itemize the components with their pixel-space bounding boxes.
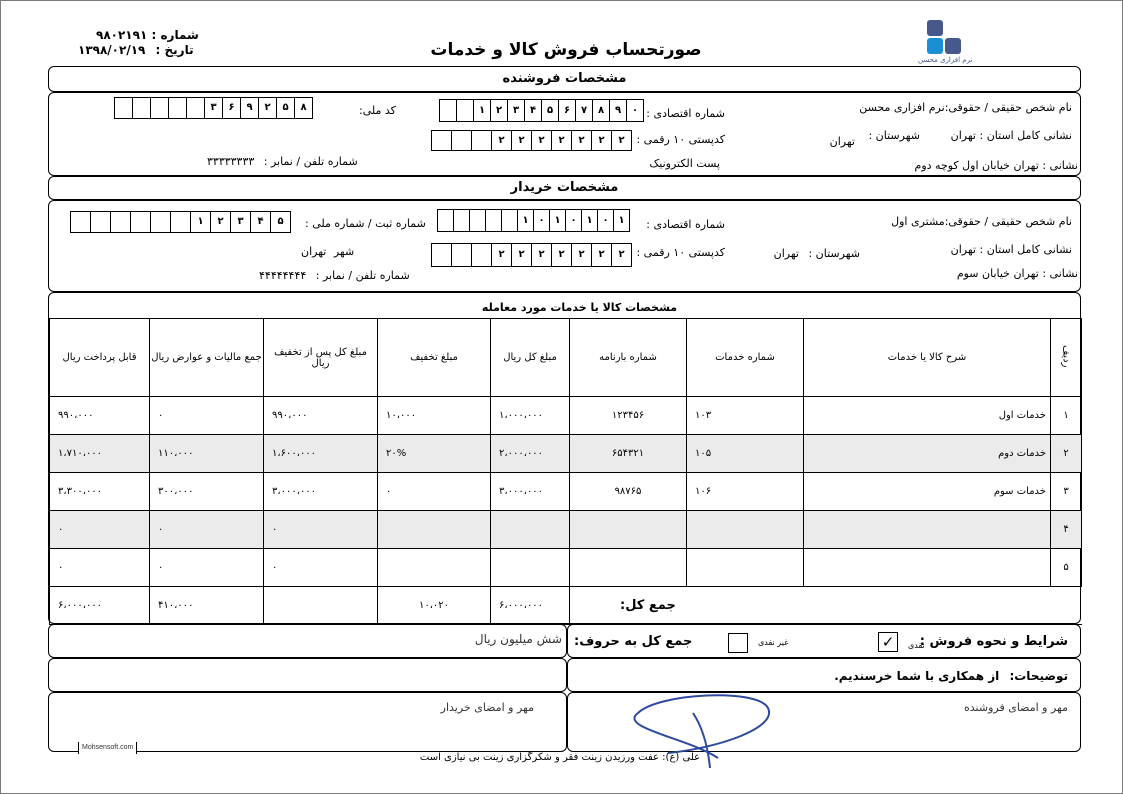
digit-cell: ۲ xyxy=(551,243,572,267)
logo-caption: نرم افزاری محسن xyxy=(918,56,972,64)
buyer-name: نام شخص حقیقی / حقوقی:مشتری اول xyxy=(891,215,1072,228)
logo-square-top xyxy=(927,20,943,36)
seller-phone-label: شماره تلفن / نمابر : xyxy=(264,155,358,168)
sale-terms-label: شرایط و نحوه فروش : xyxy=(920,634,1068,649)
notes: توضیحات: از همکاری با شما خرسندیم. xyxy=(834,669,1068,683)
digit-cell: ۱ xyxy=(190,211,211,233)
digit-cell xyxy=(471,130,492,151)
cell-service-number: ۱۰۵ xyxy=(687,435,804,473)
cell-discount xyxy=(378,549,491,587)
buyer-phone-label: شماره تلفن / نمابر : xyxy=(316,269,410,282)
table-row: ۳ خدمات سوم ۱۰۶ ۹۸۷۶۵ ۳،۰۰۰،۰۰۰ ۰ ۳،۰۰۰،… xyxy=(50,473,1082,511)
totals-after-discount xyxy=(264,587,378,625)
cell-waybill: ۱۲۳۴۵۶ xyxy=(570,397,687,435)
cell-service-number xyxy=(687,511,804,549)
buyer-signature-label: مهر و امضای خریدار xyxy=(441,701,534,714)
seller-email-label: پست الکترونیک xyxy=(649,157,720,170)
digit-cell xyxy=(456,99,474,122)
digit-cell: ۰ xyxy=(533,209,550,232)
buyer-county-value: تهران xyxy=(774,247,799,260)
buyer-address-label: نشانی : xyxy=(1042,267,1078,280)
col-total: مبلغ کل ریال xyxy=(491,319,570,397)
cell-tax: ۰ xyxy=(150,549,264,587)
cell-row: ۵ xyxy=(1051,549,1082,587)
buyer-details: نام شخص حقیقی / حقوقی:مشتری اول شماره اق… xyxy=(48,200,1081,292)
seller-province-value: تهران xyxy=(951,129,976,142)
cell-service-number: ۱۰۳ xyxy=(687,397,804,435)
digit-cell: ۱ xyxy=(581,209,598,232)
total-words-box: شش میلیون ریال xyxy=(48,624,567,658)
digit-cell: ۶ xyxy=(558,99,576,122)
cell-waybill xyxy=(570,511,687,549)
seller-address: نشانی : تهران خیابان اول کوچه دوم xyxy=(915,159,1078,172)
invoice-number-value: ۹۸۰۲۱۹۱ xyxy=(96,28,147,42)
table-row: ۲ خدمات دوم ۱۰۵ ۶۵۴۳۲۱ ۲،۰۰۰،۰۰۰ ۲۰% ۱،۶… xyxy=(50,435,1082,473)
cell-tax: ۱۱۰،۰۰۰ xyxy=(150,435,264,473)
noncash-label: غیر نقدی xyxy=(758,638,788,647)
col-waybill-number: شماره بارنامه xyxy=(570,319,687,397)
footer-quote: علی (ع): عفت ورزیدن زینت فقر و شکرگزاری … xyxy=(410,752,710,763)
buyer-registration-cells: ۱۲۳۴۵ xyxy=(71,211,291,233)
col-payable: قابل پرداخت ریال xyxy=(50,319,150,397)
digit-cell: ۶ xyxy=(222,97,241,119)
totals-label: جمع کل: xyxy=(570,587,1082,625)
table-row: ۴ ۰ ۰ ۰ xyxy=(50,511,1082,549)
cell-discount xyxy=(378,511,491,549)
digit-cell xyxy=(150,211,171,233)
digit-cell: ۰ xyxy=(626,99,644,122)
digit-cell xyxy=(186,97,205,119)
cell-after-discount: ۰ xyxy=(264,511,378,549)
buyer-postal-label: کدپستی ۱۰ رقمی : xyxy=(636,246,725,259)
buyer-name-value: مشتری اول xyxy=(891,215,945,228)
digit-cell xyxy=(453,209,470,232)
digit-cell xyxy=(130,211,151,233)
col-row: ردیف xyxy=(1051,319,1082,397)
table-row: ۵ ۰ ۰ ۰ xyxy=(50,549,1082,587)
col-row-label: ردیف xyxy=(1061,345,1072,367)
buyer-city-value: تهران xyxy=(301,245,326,258)
seller-address-full: نشانی کامل استان : تهران xyxy=(951,129,1072,142)
digit-cell: ۲ xyxy=(571,130,592,151)
buyer-name-label: نام شخص حقیقی / حقوقی: xyxy=(945,215,1072,228)
digit-cell: ۸ xyxy=(294,97,313,119)
seller-economic-cells: ۱۲۳۴۵۶۷۸۹۰ xyxy=(440,99,644,122)
items-section-title: مشخصات کالا یا خدمات مورد معامله xyxy=(49,301,1080,314)
seller-title-bar: مشخصات فروشنده xyxy=(48,66,1081,92)
col-discount: مبلغ تخفیف xyxy=(378,319,491,397)
digit-cell: ۲ xyxy=(571,243,592,267)
digit-cell: ۳ xyxy=(204,97,223,119)
totals-payable: ۶،۰۰۰،۰۰۰ xyxy=(50,587,150,625)
digit-cell: ۲ xyxy=(611,130,632,151)
digit-cell xyxy=(469,209,486,232)
digit-cell: ۰ xyxy=(597,209,614,232)
digit-cell: ۱ xyxy=(473,99,491,122)
buyer-section-title: مشخصات خریدار xyxy=(49,177,1080,199)
digit-cell xyxy=(439,99,457,122)
totals-total: ۶،۰۰۰،۰۰۰ xyxy=(491,587,570,625)
digit-cell: ۱ xyxy=(613,209,630,232)
digit-cell: ۸ xyxy=(592,99,610,122)
cell-after-discount: ۱،۶۰۰،۰۰۰ xyxy=(264,435,378,473)
buyer-address-value: تهران خیابان سوم xyxy=(957,267,1039,280)
cell-row: ۳ xyxy=(1051,473,1082,511)
digit-cell xyxy=(110,211,131,233)
invoice-date-label: تاریخ : xyxy=(156,43,194,57)
digit-cell xyxy=(471,243,492,267)
col-after-discount: مبلغ کل پس از تخفیف ریال xyxy=(264,319,378,397)
digit-cell xyxy=(90,211,111,233)
cell-description xyxy=(804,511,1051,549)
seller-signature-box: مهر و امضای فروشنده xyxy=(567,692,1081,752)
cell-waybill: ۶۵۴۳۲۱ xyxy=(570,435,687,473)
digit-cell xyxy=(132,97,151,119)
seller-postal-cells: ۲۲۲۲۲۲۲ xyxy=(432,130,632,151)
logo-square-right xyxy=(945,38,961,54)
notes-value: از همکاری با شما خرسندیم. xyxy=(834,669,999,683)
logo-square-left xyxy=(927,38,943,54)
buyer-postal-cells: ۲۲۲۲۲۲۲ xyxy=(432,243,632,267)
totals-row: جمع کل: ۶،۰۰۰،۰۰۰ ۱۰،۰۲۰ ۴۱۰،۰۰۰ ۶،۰۰۰،۰… xyxy=(50,587,1082,625)
digit-cell xyxy=(485,209,502,232)
cell-description xyxy=(804,549,1051,587)
cell-total: ۲،۰۰۰،۰۰۰ xyxy=(491,435,570,473)
seller-name: نام شخص حقیقی / حقوقی:نرم افزاری محسن xyxy=(859,101,1072,114)
items-table: ردیف شرح کالا یا خدمات شماره خدمات شماره… xyxy=(49,318,1082,625)
items-header-row: ردیف شرح کالا یا خدمات شماره خدمات شماره… xyxy=(50,319,1082,397)
table-row: ۱ خدمات اول ۱۰۳ ۱۲۳۴۵۶ ۱،۰۰۰،۰۰۰ ۱۰،۰۰۰ … xyxy=(50,397,1082,435)
digit-cell: ۴ xyxy=(524,99,542,122)
cell-waybill xyxy=(570,549,687,587)
seller-national-label: کد ملی: xyxy=(359,104,396,117)
digit-cell: ۷ xyxy=(575,99,593,122)
total-words-value: شش میلیون ریال xyxy=(475,632,562,646)
invoice-date-value: ۱۳۹۸/۰۲/۱۹ xyxy=(78,43,145,57)
col-description: شرح کالا یا خدمات xyxy=(804,319,1051,397)
cell-payable: ۳،۳۰۰،۰۰۰ xyxy=(50,473,150,511)
buyer-address: نشانی : تهران خیابان سوم xyxy=(957,267,1078,280)
digit-cell: ۲ xyxy=(611,243,632,267)
buyer-city-label: شهر xyxy=(334,245,354,258)
seller-national-cells: ۳۶۹۲۵۸ xyxy=(115,97,313,119)
col-service-number: شماره خدمات xyxy=(687,319,804,397)
digit-cell: ۰ xyxy=(565,209,582,232)
buyer-economic-cells: ۱۰۱۰۱۰۱ xyxy=(438,209,630,232)
digit-cell: ۲ xyxy=(210,211,231,233)
cell-description: خدمات سوم xyxy=(804,473,1051,511)
digit-cell: ۲ xyxy=(591,130,612,151)
cell-service-number xyxy=(687,549,804,587)
buyer-registration-label: شماره ثبت / شماره ملی : xyxy=(305,217,426,230)
totals-discount: ۱۰،۰۲۰ xyxy=(378,587,491,625)
cell-tax: ۰ xyxy=(150,397,264,435)
seller-county-label: شهرستان : xyxy=(868,129,920,142)
col-tax: جمع مالیات و عوارض ریال xyxy=(150,319,264,397)
digit-cell: ۱ xyxy=(517,209,534,232)
cell-payable: ۹۹۰،۰۰۰ xyxy=(50,397,150,435)
digit-cell: ۲ xyxy=(491,243,512,267)
cell-payable: ۱،۷۱۰،۰۰۰ xyxy=(50,435,150,473)
cash-label: نقدی xyxy=(908,641,925,650)
invoice-date: تاریخ : ۱۳۹۸/۰۲/۱۹ xyxy=(78,43,194,57)
digit-cell: ۹ xyxy=(240,97,259,119)
invoice-number: شماره : ۹۸۰۲۱۹۱ xyxy=(96,28,199,42)
notes-label: توضیحات: xyxy=(1009,669,1068,683)
notes-empty-box xyxy=(48,658,567,692)
cell-tax: ۰ xyxy=(150,511,264,549)
digit-cell: ۴ xyxy=(250,211,271,233)
seller-address-label: نشانی : xyxy=(1042,159,1078,172)
buyer-title-bar: مشخصات خریدار xyxy=(48,176,1081,200)
seller-county-value: تهران xyxy=(830,135,855,148)
buyer-economic-label: شماره اقتصادی : xyxy=(646,218,725,231)
cell-discount: ۰ xyxy=(378,473,491,511)
digit-cell: ۳ xyxy=(230,211,251,233)
digit-cell: ۵ xyxy=(276,97,295,119)
digit-cell: ۲ xyxy=(490,99,508,122)
digit-cell xyxy=(451,243,472,267)
invoice-number-label: شماره : xyxy=(151,28,198,42)
seller-economic-label: شماره اقتصادی : xyxy=(646,107,725,120)
totals-tax: ۴۱۰،۰۰۰ xyxy=(150,587,264,625)
seller-postal-label: کدپستی ۱۰ رقمی : xyxy=(636,133,725,146)
digit-cell xyxy=(150,97,169,119)
cell-row: ۴ xyxy=(1051,511,1082,549)
cell-total: ۳،۰۰۰،۰۰۰ xyxy=(491,473,570,511)
cell-description: خدمات اول xyxy=(804,397,1051,435)
digit-cell: ۹ xyxy=(609,99,627,122)
buyer-county-label: شهرستان : xyxy=(808,247,860,260)
digit-cell xyxy=(70,211,91,233)
digit-cell: ۲ xyxy=(511,130,532,151)
digit-cell xyxy=(431,130,452,151)
digit-cell xyxy=(501,209,518,232)
cell-total xyxy=(491,511,570,549)
seller-signature-label: مهر و امضای فروشنده xyxy=(964,701,1068,714)
cell-row: ۲ xyxy=(1051,435,1082,473)
buyer-phone-value: ۴۴۴۴۴۴۴۴ xyxy=(259,269,306,282)
digit-cell xyxy=(114,97,133,119)
cell-payable: ۰ xyxy=(50,549,150,587)
cell-after-discount: ۰ xyxy=(264,549,378,587)
cell-tax: ۳۰۰،۰۰۰ xyxy=(150,473,264,511)
digit-cell: ۱ xyxy=(549,209,566,232)
buyer-province-label: نشانی کامل استان : xyxy=(980,243,1073,256)
cell-service-number: ۱۰۶ xyxy=(687,473,804,511)
page-title: صورتحساب فروش کالا و خدمات xyxy=(430,40,702,60)
sale-terms-box: شرایط و نحوه فروش : نقدی ✓ غیر نقدی جمع … xyxy=(567,624,1081,658)
cell-waybill: ۹۸۷۶۵ xyxy=(570,473,687,511)
cell-total: ۱،۰۰۰،۰۰۰ xyxy=(491,397,570,435)
cell-discount: ۲۰% xyxy=(378,435,491,473)
notes-box: توضیحات: از همکاری با شما خرسندیم. xyxy=(567,658,1081,692)
digit-cell: ۲ xyxy=(511,243,532,267)
digit-cell: ۲ xyxy=(551,130,572,151)
digit-cell xyxy=(437,209,454,232)
digit-cell: ۲ xyxy=(591,243,612,267)
cell-row: ۱ xyxy=(1051,397,1082,435)
digit-cell xyxy=(168,97,187,119)
seller-name-label: نام شخص حقیقی / حقوقی: xyxy=(945,101,1072,114)
buyer-phone: شماره تلفن / نمابر : ۴۴۴۴۴۴۴۴ xyxy=(259,269,410,282)
digit-cell: ۲ xyxy=(531,130,552,151)
total-words-label: جمع کل به حروف: xyxy=(574,634,692,649)
digit-cell xyxy=(431,243,452,267)
digit-cell xyxy=(451,130,472,151)
noncash-checkbox[interactable] xyxy=(728,633,748,653)
buyer-address-full: نشانی کامل استان : تهران xyxy=(951,243,1072,256)
buyer-county: شهرستان : تهران xyxy=(774,247,860,260)
cell-payable: ۰ xyxy=(50,511,150,549)
buyer-city: شهر تهران xyxy=(301,245,354,258)
seller-phone-value: ۳۳۳۳۳۳۳۳ xyxy=(207,155,254,168)
digit-cell: ۲ xyxy=(491,130,512,151)
digit-cell xyxy=(170,211,191,233)
watermark: Mohsensoft.com xyxy=(78,742,137,754)
digit-cell: ۵ xyxy=(541,99,559,122)
cell-total xyxy=(491,549,570,587)
buyer-province-value: تهران xyxy=(951,243,976,256)
cell-description: خدمات دوم xyxy=(804,435,1051,473)
seller-address-value: تهران خیابان اول کوچه دوم xyxy=(915,159,1039,172)
digit-cell: ۲ xyxy=(258,97,277,119)
cash-checkbox[interactable]: ✓ xyxy=(878,632,898,652)
digit-cell: ۵ xyxy=(270,211,291,233)
seller-details: نام شخص حقیقی / حقوقی:نرم افزاری محسن شم… xyxy=(48,92,1081,176)
seller-province-label: نشانی کامل استان : xyxy=(980,129,1073,142)
digit-cell: ۲ xyxy=(531,243,552,267)
seller-phone: شماره تلفن / نمابر : ۳۳۳۳۳۳۳۳ xyxy=(207,155,358,168)
seller-name-value: نرم افزاری محسن xyxy=(859,101,944,114)
cell-after-discount: ۳،۰۰۰،۰۰۰ xyxy=(264,473,378,511)
cell-after-discount: ۹۹۰،۰۰۰ xyxy=(264,397,378,435)
cell-discount: ۱۰،۰۰۰ xyxy=(378,397,491,435)
digit-cell: ۳ xyxy=(507,99,525,122)
seller-section-title: مشخصات فروشنده xyxy=(49,67,1080,91)
